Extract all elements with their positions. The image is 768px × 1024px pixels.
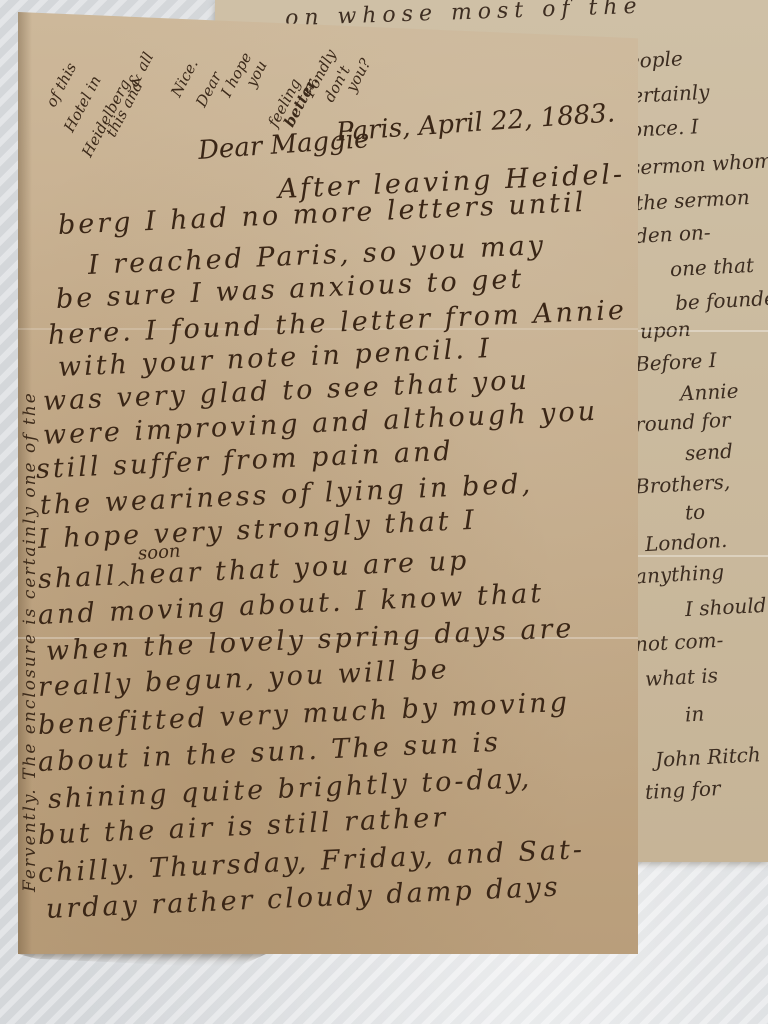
letter-salutation: Dear Maggie xyxy=(197,124,370,166)
back-page-line: London. xyxy=(644,528,727,556)
back-page-line: be founded xyxy=(674,285,768,315)
back-page-line: Before I xyxy=(634,348,717,376)
back-page-line: den on- xyxy=(634,220,711,248)
back-page-line: the sermon xyxy=(634,185,750,215)
back-page-line: once. I xyxy=(629,114,699,142)
back-page-line: I should xyxy=(684,593,767,621)
letter-page-front: of this Hotel in Heidelberg this and & a… xyxy=(18,12,638,954)
back-page-line: to xyxy=(684,499,705,524)
letter-place-date: Paris, April 22, 1883. xyxy=(335,98,616,147)
margin-note-vertical: Fervently. The enclosure is certainly on… xyxy=(20,391,40,892)
back-page-line: John Ritch xyxy=(654,742,761,772)
back-page-line: Brothers, xyxy=(634,470,730,499)
back-page-line: ting for xyxy=(644,776,721,804)
back-page-line: Annie xyxy=(679,378,739,405)
back-page-line: in xyxy=(684,702,705,727)
back-page-line: anything xyxy=(634,560,724,589)
cross-written-note: you? xyxy=(342,55,374,95)
back-page-line: one that xyxy=(669,253,754,281)
back-page-line: sermon whom xyxy=(629,148,768,179)
back-page-line: not com- xyxy=(634,628,723,657)
back-page-line: upon xyxy=(639,317,691,344)
cross-written-note: & all xyxy=(124,49,157,90)
back-page-line: round for xyxy=(634,408,731,437)
back-page-line: send xyxy=(684,439,733,465)
back-page-line: what is xyxy=(644,663,718,691)
